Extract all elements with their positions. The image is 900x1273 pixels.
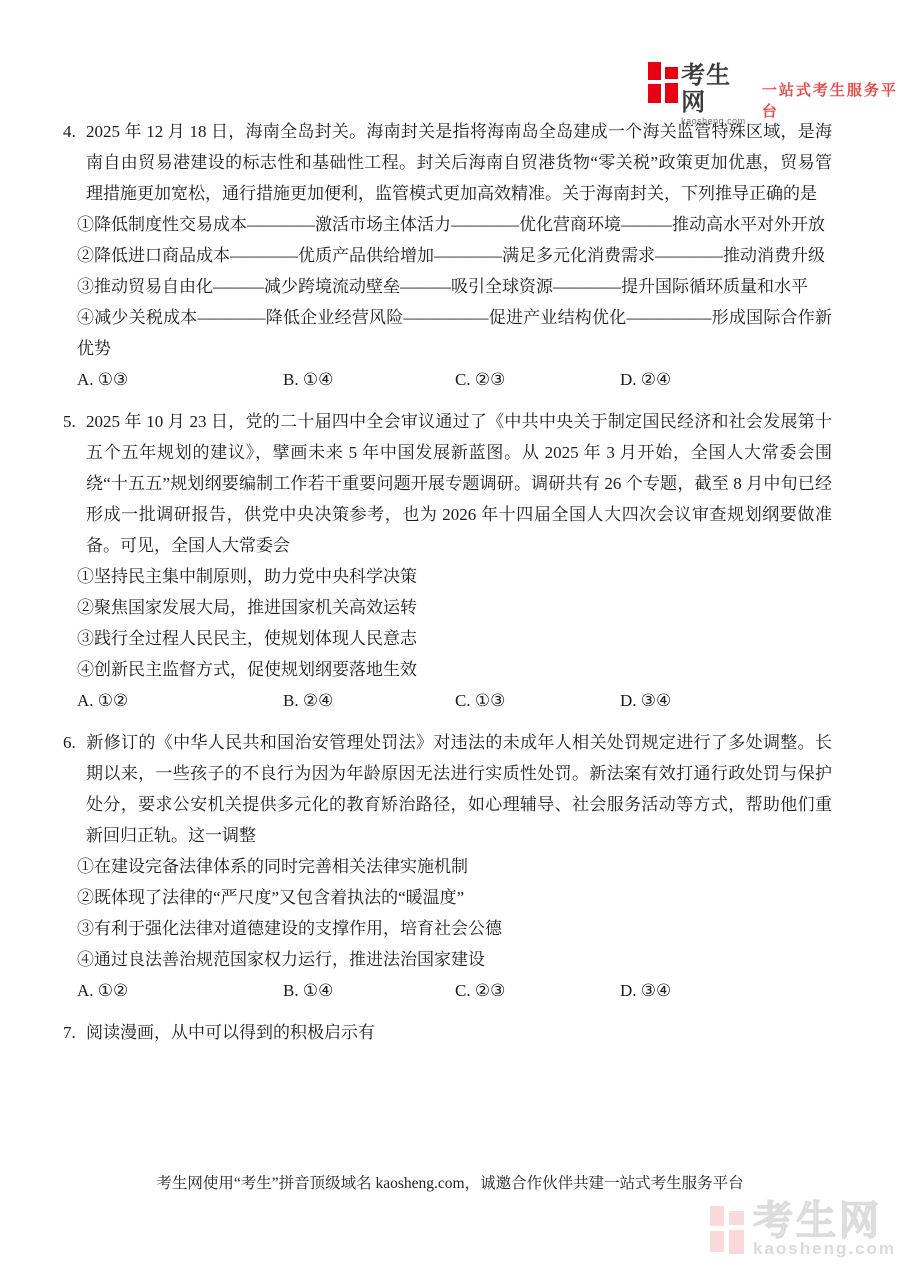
- option-4: ④创新民主监督方式，促使规划纲要落地生效: [77, 654, 832, 685]
- watermark-domain: kaosheng.com: [753, 1240, 896, 1258]
- question-text: 阅读漫画，从中可以得到的积极启示有: [86, 1023, 375, 1042]
- option-4: ④通过良法善治规范国家权力运行，推进法治国家建设: [77, 944, 832, 975]
- option-1: ①在建设完备法律体系的同时完善相关法律实施机制: [77, 851, 832, 882]
- logo-block: [665, 67, 678, 79]
- answer-choice-b: B. ①④: [283, 975, 455, 1006]
- kaosheng-logo-icon: [648, 62, 675, 103]
- answer-choice-a: A. ①②: [77, 975, 283, 1006]
- question-stem: 5.2025 年 10 月 23 日，党的二十届四中全会审议通过了《中共中央关于…: [63, 406, 832, 561]
- questions-area: 4.2025 年 12 月 18 日，海南全岛封关。海南封关是指将海南岛全岛建成…: [63, 116, 832, 1059]
- answer-choice-b: B. ②④: [283, 685, 455, 716]
- watermark-logo-icon: [710, 1206, 744, 1256]
- answer-choice-c: C. ①③: [455, 685, 620, 716]
- question-number: 4.: [63, 116, 86, 147]
- question-stem: 4.2025 年 12 月 18 日，海南全岛封关。海南封关是指将海南岛全岛建成…: [63, 116, 832, 209]
- answer-row: A. ①② B. ②④ C. ①③ D. ③④: [77, 685, 832, 716]
- answer-row: A. ①③ B. ①④ C. ②③ D. ②④: [77, 364, 832, 395]
- question-stem: 6.新修订的《中华人民共和国治安管理处罚法》对违法的未成年人相关处罚规定进行了多…: [63, 727, 832, 851]
- option-4: ④减少关税成本————降低企业经营风险—————促进产业结构优化—————形成国…: [77, 302, 832, 364]
- kaosheng-watermark: 考生网 kaosheng.com: [710, 1202, 896, 1258]
- option-3: ③有利于强化法律对道德建设的支撑作用，培育社会公德: [77, 913, 832, 944]
- answer-choice-a: A. ①②: [77, 685, 283, 716]
- watermark-text: 考生网 kaosheng.com: [753, 1202, 896, 1258]
- question-text: 2025 年 10 月 23 日，党的二十届四中全会审议通过了《中共中央关于制定…: [86, 412, 832, 555]
- question-4: 4.2025 年 12 月 18 日，海南全岛封关。海南封关是指将海南岛全岛建成…: [63, 116, 832, 395]
- option-3: ③践行全过程人民民主，使规划体现人民意志: [77, 623, 832, 654]
- logo-block: [648, 62, 661, 80]
- answer-choice-c: C. ②③: [455, 975, 620, 1006]
- question-text: 新修订的《中华人民共和国治安管理处罚法》对违法的未成年人相关处罚规定进行了多处调…: [86, 733, 832, 845]
- option-2: ②既体现了法律的“严尺度”又包含着执法的“暖温度”: [77, 882, 832, 913]
- question-5: 5.2025 年 10 月 23 日，党的二十届四中全会审议通过了《中共中央关于…: [63, 406, 832, 716]
- watermark-logo-block: [710, 1231, 724, 1252]
- answer-row: A. ①② B. ①④ C. ②③ D. ③④: [77, 975, 832, 1006]
- question-7: 7.阅读漫画，从中可以得到的积极启示有: [63, 1017, 832, 1048]
- brand-name: 考生网: [681, 62, 749, 116]
- option-2: ②聚焦国家发展大局，推进国家机关高效运转: [77, 592, 832, 623]
- answer-choice-d: D. ③④: [620, 685, 832, 716]
- option-1: ①降低制度性交易成本————激活市场主体活力————优化营商环境———推动高水平…: [77, 209, 832, 240]
- question-text: 2025 年 12 月 18 日，海南全岛封关。海南封关是指将海南岛全岛建成一个…: [86, 122, 832, 203]
- question-number: 5.: [63, 406, 86, 437]
- watermark-logo-block: [729, 1230, 744, 1254]
- exam-page: 考生网 kaosheng.com 一站式考生服务平台 4.2025 年 12 月…: [0, 0, 900, 1273]
- logo-block: [648, 84, 661, 103]
- question-stem: 7.阅读漫画，从中可以得到的积极启示有: [63, 1017, 832, 1048]
- watermark-logo-block: [729, 1211, 744, 1225]
- watermark-brand-name: 考生网: [753, 1202, 896, 1240]
- brand-tagline: 一站式考生服务平台: [762, 79, 900, 121]
- answer-choice-c: C. ②③: [455, 364, 620, 395]
- page-footer: 考生网使用“考生”拼音顶级域名 kaosheng.com，诚邀合作伙伴共建一站式…: [0, 1172, 900, 1196]
- option-1: ①坚持民主集中制原则，助力党中央科学决策: [77, 561, 832, 592]
- option-3: ③推动贸易自由化———减少跨境流动壁垒———吸引全球资源————提升国际循环质量…: [77, 271, 832, 302]
- answer-choice-a: A. ①③: [77, 364, 283, 395]
- answer-choice-b: B. ①④: [283, 364, 455, 395]
- answer-choice-d: D. ③④: [620, 975, 832, 1006]
- option-2: ②降低进口商品成本————优质产品供给增加————满足多元化消费需求————推动…: [77, 240, 832, 271]
- question-6: 6.新修订的《中华人民共和国治安管理处罚法》对违法的未成年人相关处罚规定进行了多…: [63, 727, 832, 1006]
- logo-block: [665, 83, 678, 103]
- question-number: 6.: [63, 727, 86, 758]
- question-number: 7.: [63, 1017, 86, 1048]
- watermark-logo-block: [710, 1206, 724, 1226]
- answer-choice-d: D. ②④: [620, 364, 832, 395]
